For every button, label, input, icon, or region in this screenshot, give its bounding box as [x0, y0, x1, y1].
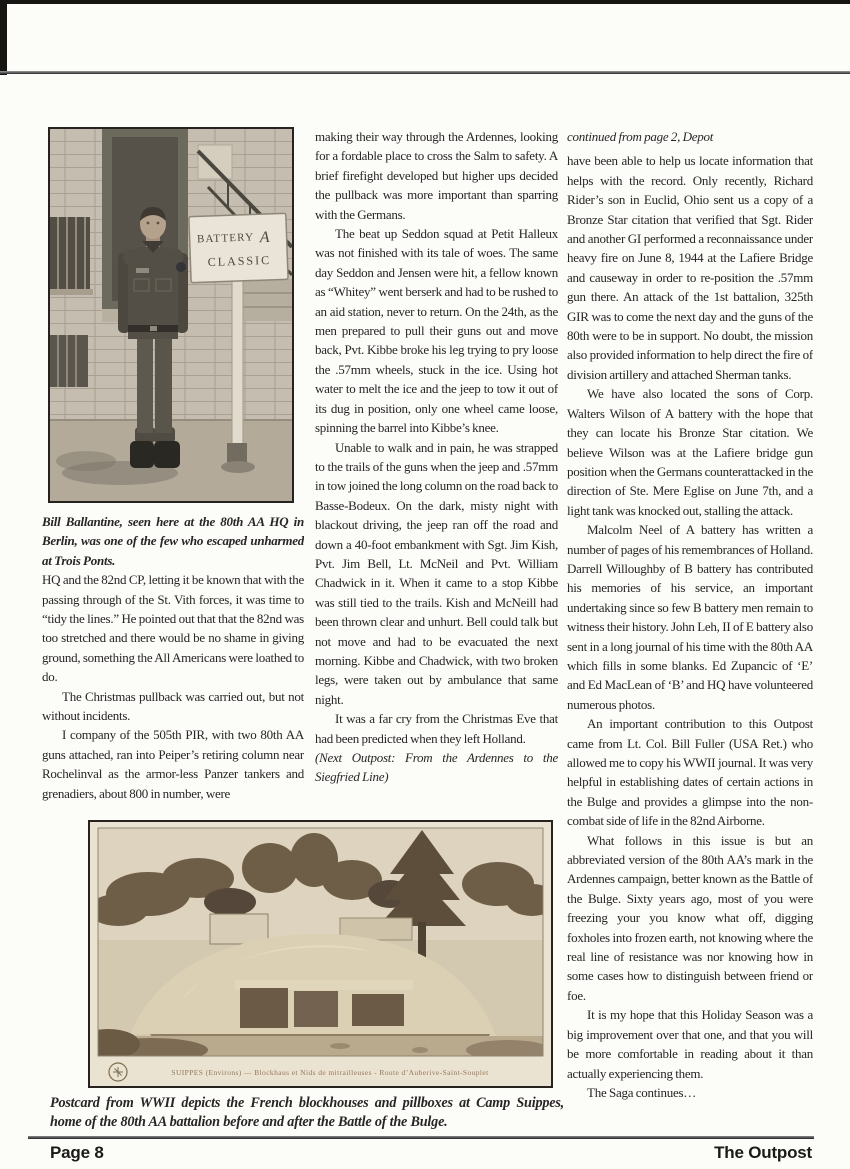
scan-top-bar — [0, 0, 850, 4]
paragraph: Unable to walk and in pain, he was strap… — [315, 438, 558, 710]
continued-from-note: continued from page 2, Depot — [567, 127, 813, 146]
publication-title: The Outpost — [714, 1143, 812, 1163]
paragraph: An important contribution to this Outpos… — [567, 714, 813, 830]
newsletter-page: BATTERY A CLASSIC — [0, 0, 850, 1169]
scan-left-strip — [0, 0, 7, 75]
postcard-photo-art: SUIPPES (Environs) — Blockhaus et Nids d… — [90, 822, 551, 1086]
footer-rule — [28, 1136, 814, 1139]
photo-tone-overlay — [50, 129, 292, 501]
paragraph: What follows in this issue is but an abb… — [567, 831, 813, 1006]
soldier-photo-art: BATTERY A CLASSIC — [50, 129, 292, 501]
postcard-inner-caption: SUIPPES (Environs) — Blockhaus et Nids d… — [171, 1068, 489, 1077]
soldier-photo: BATTERY A CLASSIC — [48, 127, 294, 503]
column-middle: making their way through the Ardennes, l… — [315, 127, 558, 825]
soldier-photo-caption: Bill Ballantine, seen here at the 80th A… — [42, 512, 304, 570]
background-blockhouse — [210, 914, 268, 944]
bunker-opening-1 — [240, 988, 288, 1028]
column-right: continued from page 2, Depot have been a… — [567, 127, 813, 1133]
paragraph: The beat up Seddon squad at Petit Halleu… — [315, 224, 558, 437]
paragraph: The Christmas pullback was carried out, … — [42, 687, 304, 726]
bunker-opening-2 — [294, 991, 338, 1027]
paragraph: have been able to help us locate informa… — [567, 151, 813, 384]
paragraph: It is my hope that this Holiday Season w… — [567, 1005, 813, 1083]
paragraph: It was a far cry from the Christmas Eve … — [315, 709, 558, 748]
postcard-image — [90, 828, 551, 1062]
bunker-opening-3 — [352, 994, 404, 1026]
paragraph: We have also located the sons of Corp. W… — [567, 384, 813, 520]
paragraph: making their way through the Ardennes, l… — [315, 127, 558, 224]
column-left: BATTERY A CLASSIC — [42, 127, 304, 827]
page-number: Page 8 — [50, 1143, 104, 1163]
paragraph: HQ and the 82nd CP, letting it be known … — [42, 570, 304, 686]
paragraph: Malcolm Neel of A battery has written a … — [567, 520, 813, 714]
rubble-2 — [412, 1047, 428, 1053]
rubble-1 — [330, 1043, 350, 1049]
header-rule — [0, 71, 850, 74]
editor-note: (Next Outpost: From the Ardennes to the … — [315, 748, 558, 787]
postcard-photo: SUIPPES (Environs) — Blockhaus et Nids d… — [88, 820, 553, 1088]
postcard-caption: Postcard from WWII depicts the French bl… — [50, 1094, 564, 1131]
closing-line: The Saga continues… — [567, 1083, 813, 1102]
paragraph: I company of the 505th PIR, with two 80t… — [42, 725, 304, 803]
